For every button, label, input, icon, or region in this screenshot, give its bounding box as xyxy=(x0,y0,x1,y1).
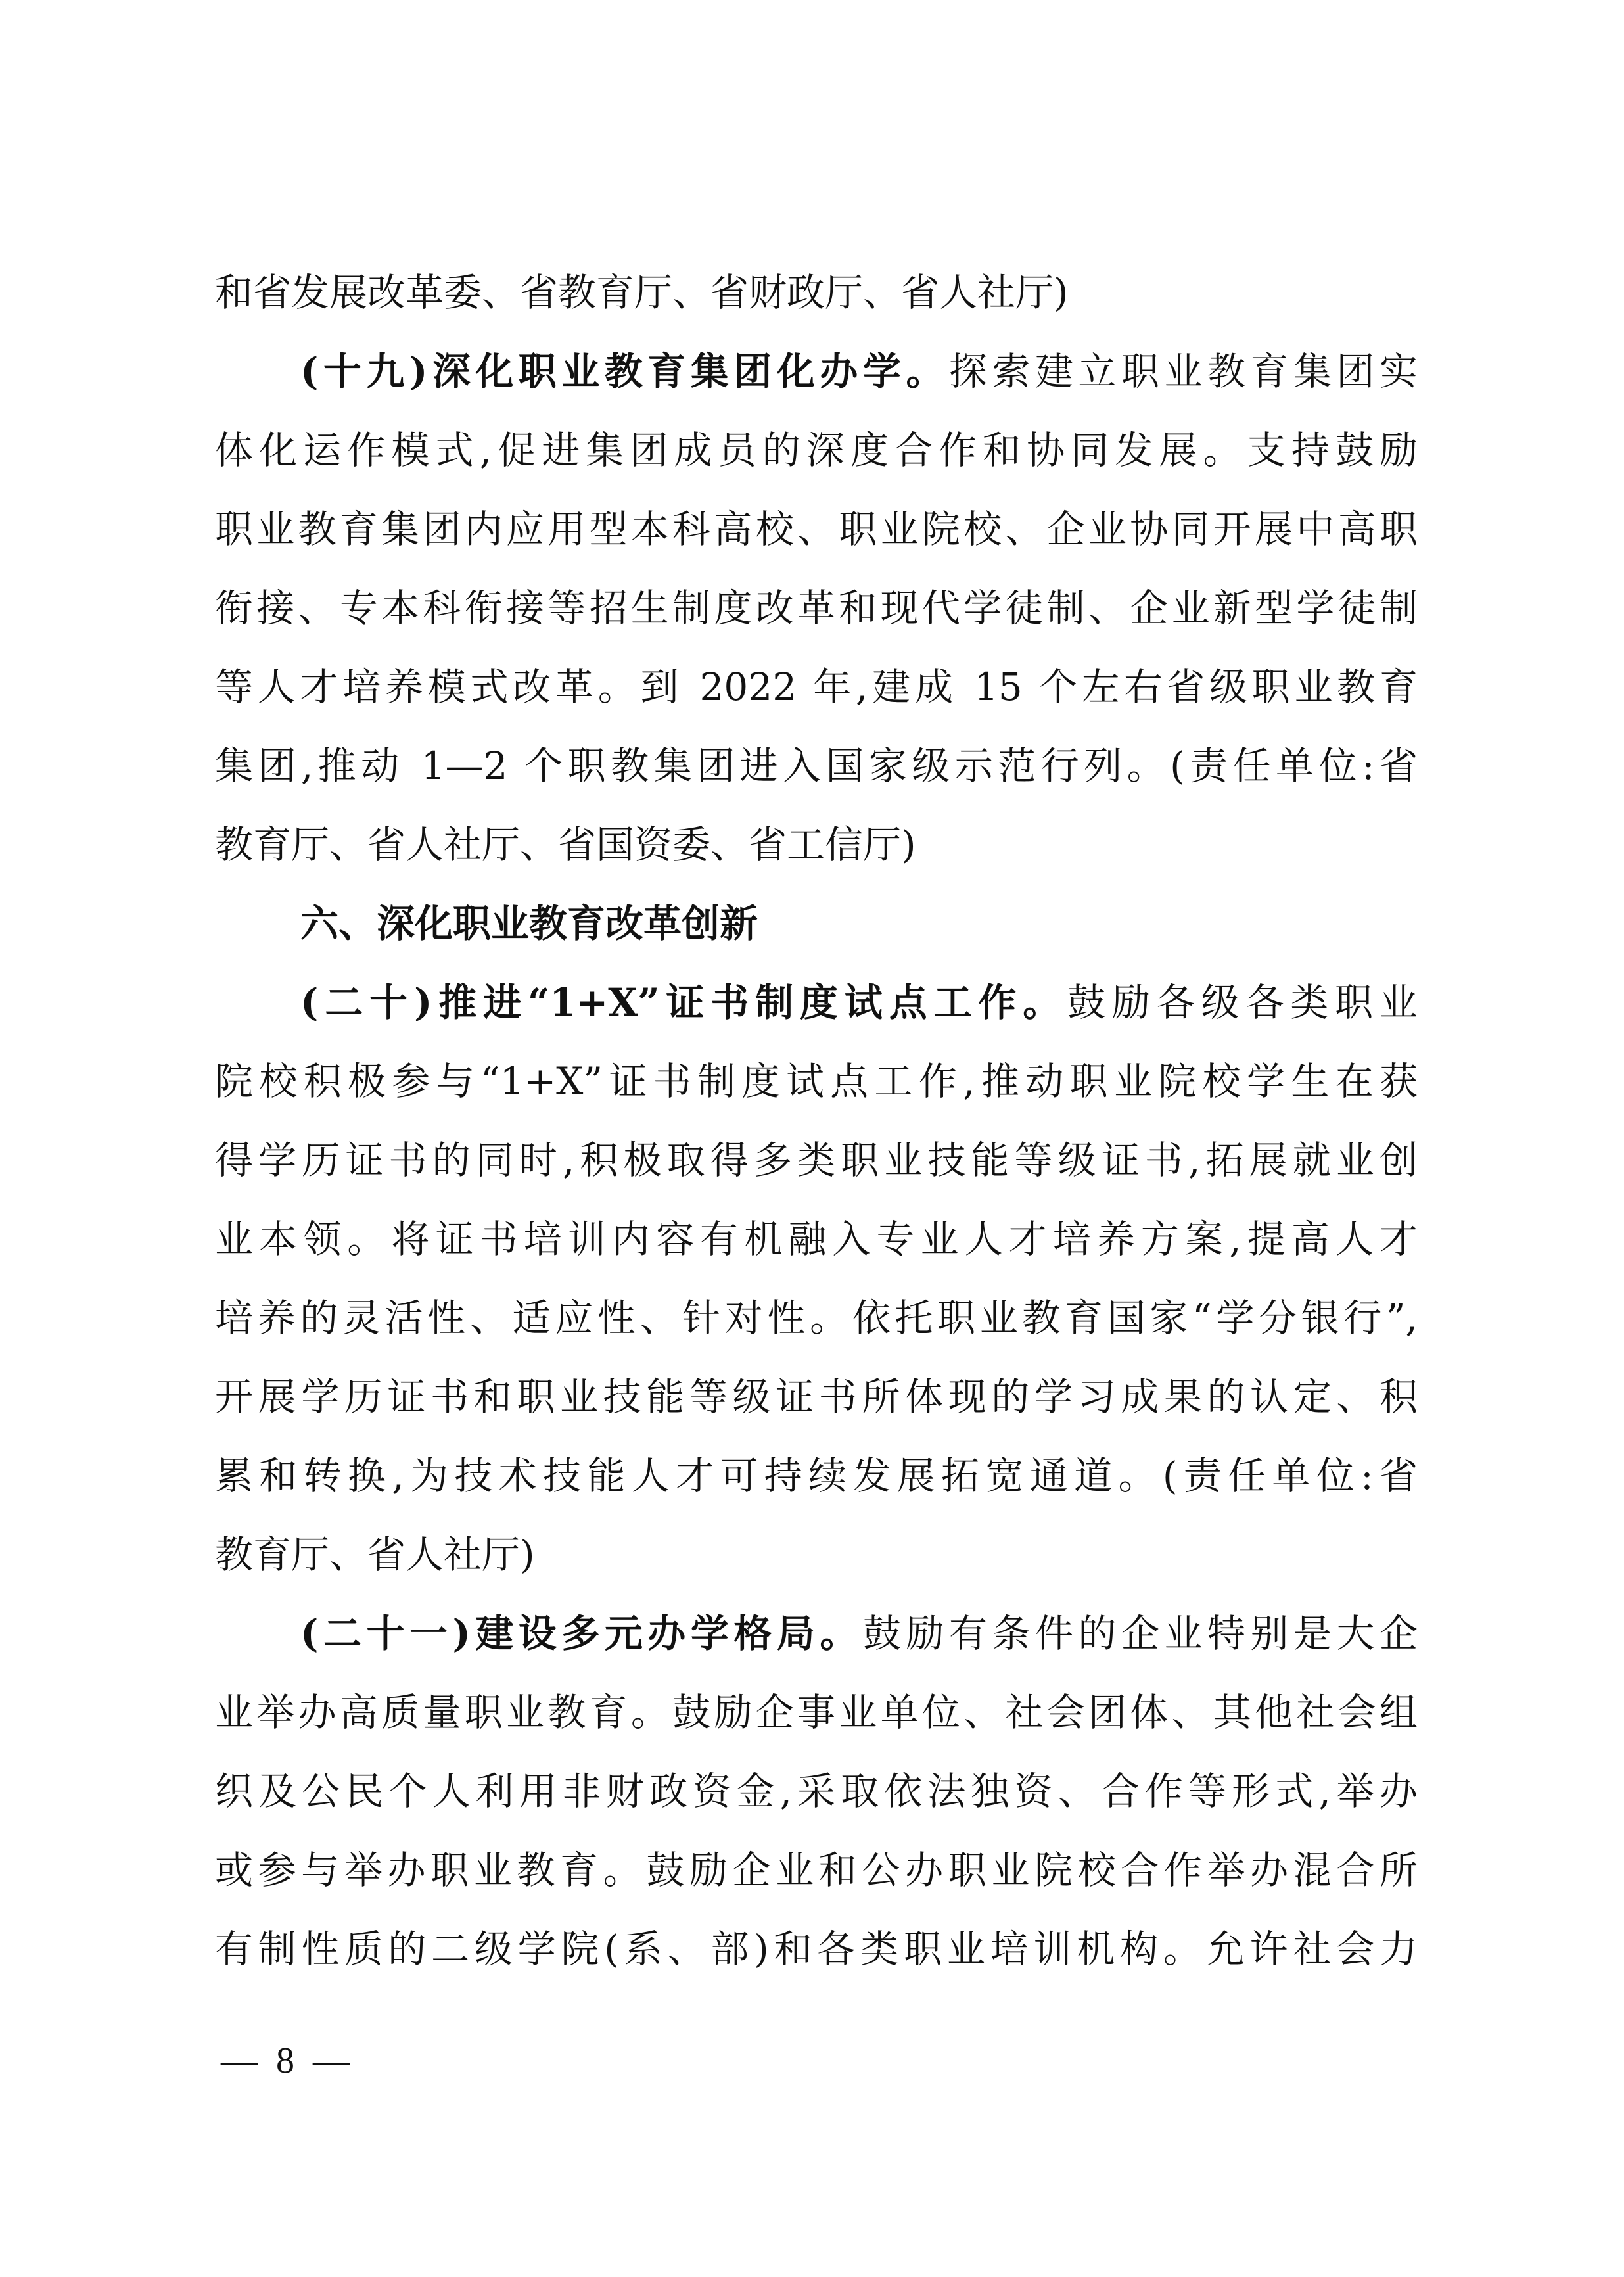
body-line: 职业教育集团内应用型本科高校、职业院校、企业协同开展中高职 xyxy=(215,503,1418,555)
line-text: 和省发展改革委、省教育厅、省财政厅、省人社厅) xyxy=(215,270,1069,315)
document-page: 和省发展改革委、省教育厅、省财政厅、省人社厅) (十九)深化职业教育集团化办学。… xyxy=(0,0,1624,2277)
line-text: 鼓励各级各类职业 xyxy=(1067,980,1418,1025)
body-line: 院校积极参与“1+X”证书制度试点工作,推动职业院校学生在获 xyxy=(215,1055,1418,1108)
body-line: 教育厅、省人社厅) xyxy=(215,1528,1418,1581)
line-text: 织及公民个人利用非财政资金,采取依法独资、合作等形式,举办 xyxy=(215,1769,1418,1814)
line-text: 有制性质的二级学院(系、部)和各类职业培训机构。允许社会力 xyxy=(215,1927,1418,1971)
heading-text: 六、深化职业教育改革创新 xyxy=(300,901,758,946)
body-line: 集团,推动 1—2 个职教集团进入国家级示范行列。(责任单位:省 xyxy=(215,739,1418,792)
section-21-first-line: (二十一)建设多元办学格局。鼓励有条件的企业特别是大企 xyxy=(300,1607,1418,1660)
line-text: 得学历证书的同时,积极取得多类职业技能等级证书,拓展就业创 xyxy=(215,1138,1418,1183)
body-line: 业本领。将证书培训内容有机融入专业人才培养方案,提高人才 xyxy=(215,1213,1418,1265)
section-6-heading: 六、深化职业教育改革创新 xyxy=(300,897,1418,950)
line-text: 探索建立职业教育集团实 xyxy=(949,349,1418,394)
page-number: — 8 — xyxy=(221,2038,350,2084)
body-line: 有制性质的二级学院(系、部)和各类职业培训机构。允许社会力 xyxy=(215,1923,1418,1975)
body-line: 体化运作模式,促进集团成员的深度合作和协同发展。支持鼓励 xyxy=(215,424,1418,477)
body-line: 业举办高质量职业教育。鼓励企事业单位、社会团体、其他社会组 xyxy=(215,1686,1418,1739)
body-line: 和省发展改革委、省教育厅、省财政厅、省人社厅) xyxy=(215,266,1418,319)
line-text: 或参与举办职业教育。鼓励企业和公办职业院校合作举办混合所 xyxy=(215,1848,1418,1892)
section-21-title: (二十一)建设多元办学格局。 xyxy=(300,1611,863,1656)
section-20-first-line: (二十)推进“1+X”证书制度试点工作。鼓励各级各类职业 xyxy=(300,976,1418,1029)
body-line: 开展学历证书和职业技能等级证书所体现的学习成果的认定、积 xyxy=(215,1371,1418,1423)
line-text: 衔接、专本科衔接等招生制度改革和现代学徒制、企业新型学徒制 xyxy=(215,586,1418,630)
section-19-first-line: (十九)深化职业教育集团化办学。探索建立职业教育集团实 xyxy=(300,345,1418,398)
line-text: 等人才培养模式改革。到 2022 年,建成 15 个左右省级职业教育 xyxy=(215,665,1418,709)
line-text: 鼓励有条件的企业特别是大企 xyxy=(863,1611,1418,1656)
line-text: 体化运作模式,促进集团成员的深度合作和协同发展。支持鼓励 xyxy=(215,428,1418,473)
line-text: 教育厅、省人社厅、省国资委、省工信厅) xyxy=(215,822,916,867)
line-text: 开展学历证书和职业技能等级证书所体现的学习成果的认定、积 xyxy=(215,1374,1418,1419)
section-20-title: (二十)推进“1+X”证书制度试点工作。 xyxy=(300,980,1067,1025)
body-line: 培养的灵活性、适应性、针对性。依托职业教育国家“学分银行”, xyxy=(215,1292,1418,1344)
line-text: 集团,推动 1—2 个职教集团进入国家级示范行列。(责任单位:省 xyxy=(215,743,1418,788)
line-text: 累和转换,为技术技能人才可持续发展拓宽通道。(责任单位:省 xyxy=(215,1453,1418,1498)
body-line: 得学历证书的同时,积极取得多类职业技能等级证书,拓展就业创 xyxy=(215,1134,1418,1186)
body-line: 累和转换,为技术技能人才可持续发展拓宽通道。(责任单位:省 xyxy=(215,1449,1418,1502)
body-line: 或参与举办职业教育。鼓励企业和公办职业院校合作举办混合所 xyxy=(215,1844,1418,1896)
line-text: 培养的灵活性、适应性、针对性。依托职业教育国家“学分银行”, xyxy=(215,1296,1418,1340)
line-text: 教育厅、省人社厅) xyxy=(215,1532,535,1577)
line-text: 业本领。将证书培训内容有机融入专业人才培养方案,提高人才 xyxy=(215,1217,1418,1261)
line-text: 院校积极参与“1+X”证书制度试点工作,推动职业院校学生在获 xyxy=(215,1059,1418,1104)
section-19-title: (十九)深化职业教育集团化办学。 xyxy=(300,349,949,394)
body-line: 等人才培养模式改革。到 2022 年,建成 15 个左右省级职业教育 xyxy=(215,661,1418,713)
line-text: 业举办高质量职业教育。鼓励企事业单位、社会团体、其他社会组 xyxy=(215,1690,1418,1735)
body-line: 教育厅、省人社厅、省国资委、省工信厅) xyxy=(215,818,1418,871)
line-text: 职业教育集团内应用型本科高校、职业院校、企业协同开展中高职 xyxy=(215,507,1418,552)
body-line: 织及公民个人利用非财政资金,采取依法独资、合作等形式,举办 xyxy=(215,1765,1418,1818)
body-line: 衔接、专本科衔接等招生制度改革和现代学徒制、企业新型学徒制 xyxy=(215,582,1418,634)
